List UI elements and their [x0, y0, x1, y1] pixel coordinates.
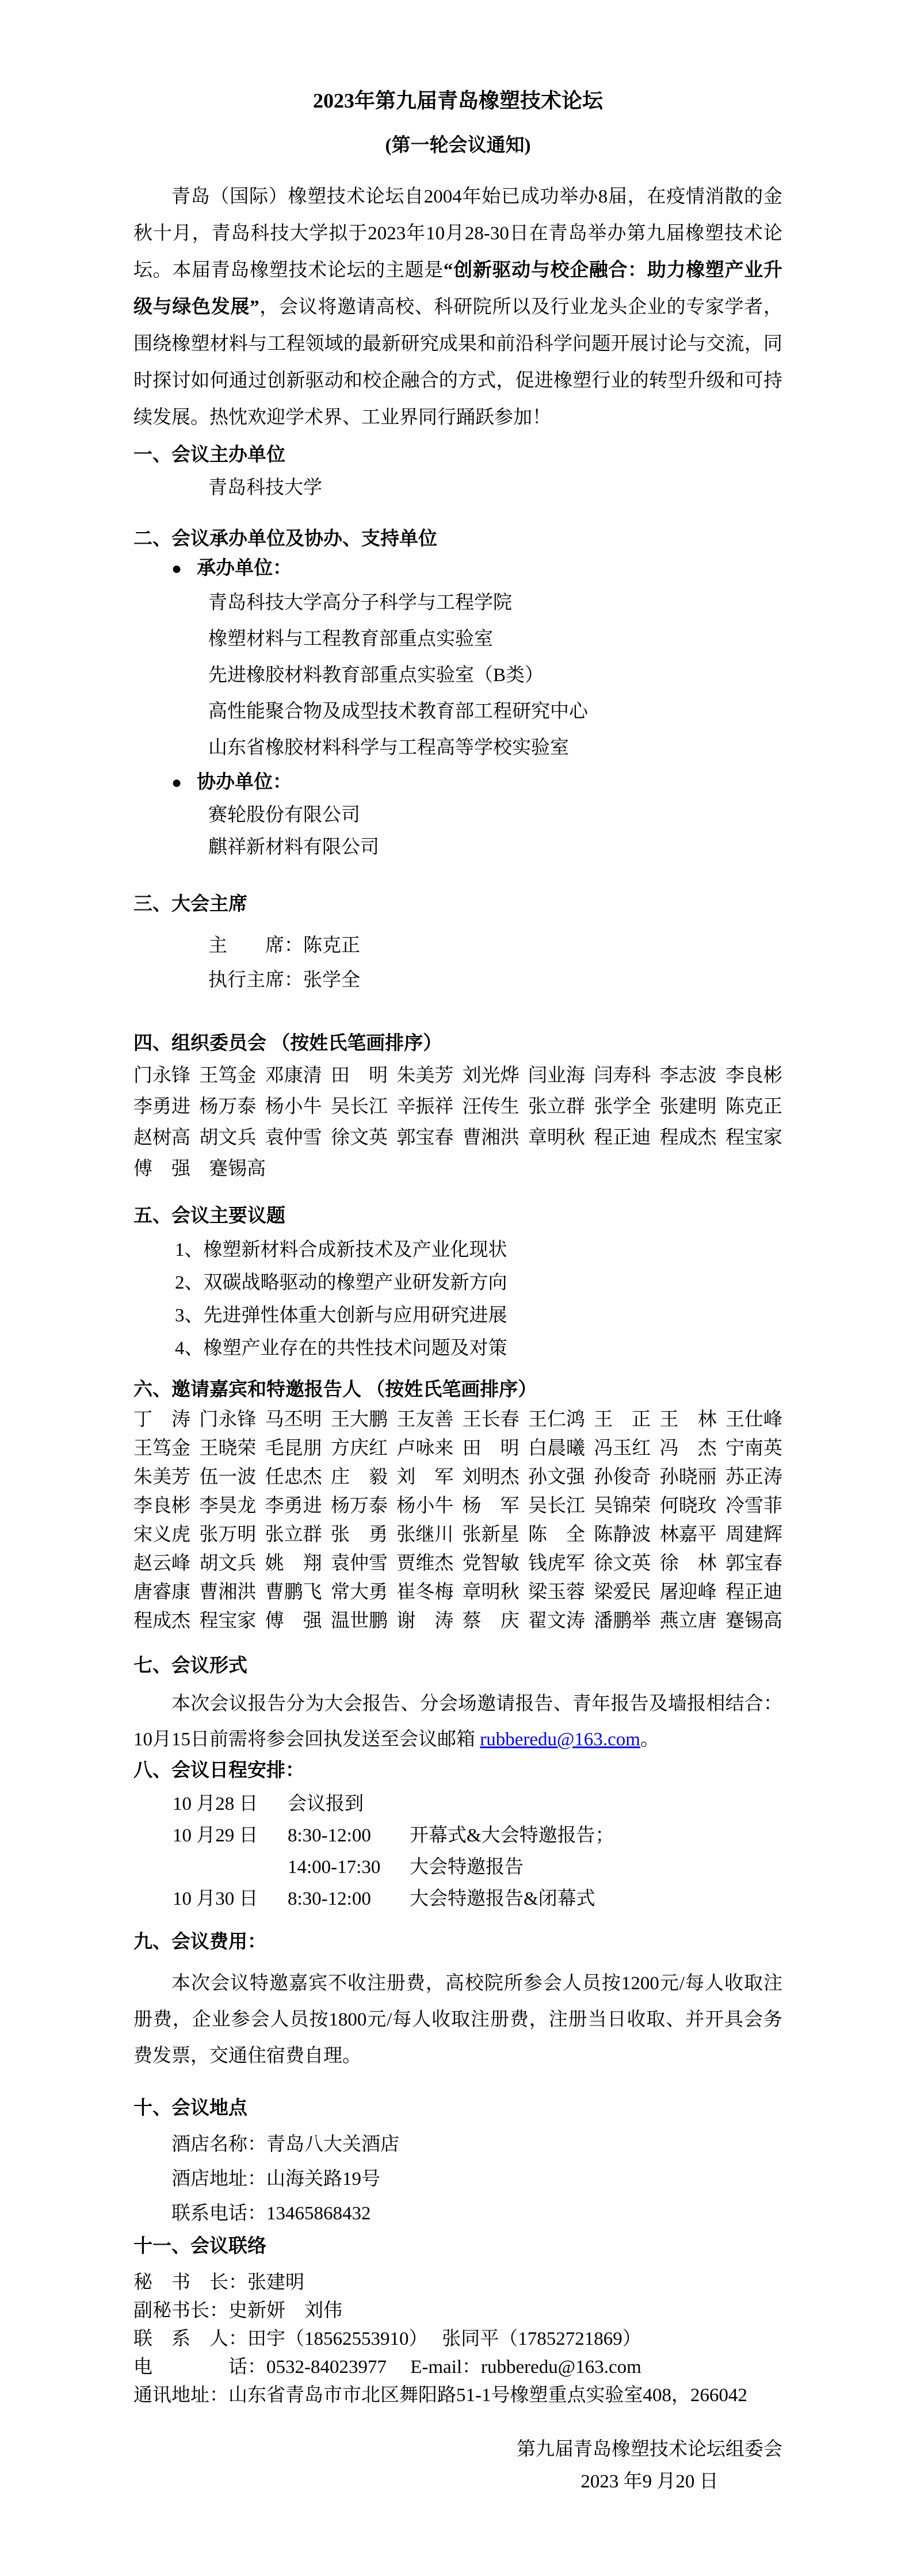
venue-info: 酒店名称：青岛八大关酒店 酒店地址：山海关路19号 联系电话：134658684…	[133, 2127, 782, 2231]
section-10-heading: 十、会议地点	[133, 2095, 782, 2122]
person-name: 燕立唐	[660, 1607, 717, 1635]
section-4-heading: 四、组织委员会 （按姓氏笔画排序）	[133, 1030, 782, 1057]
person-name: 傅 强	[133, 1153, 190, 1184]
schedule-row: 10 月30 日8:30-12:00大会特邀报告&闭幕式	[133, 1883, 782, 1915]
guest-row: 宋义虎张万明张立群张 勇张继川张新星陈 全陈静波林嘉平周建辉	[133, 1520, 782, 1549]
schedule-date: 10 月30 日	[173, 1883, 288, 1915]
person-name: 王长春	[463, 1405, 519, 1434]
person-name: 曹湘洪	[463, 1122, 519, 1153]
schedule-event: 大会特邀报告	[410, 1857, 524, 1878]
person-name: 李志波	[660, 1060, 717, 1091]
person-name: 邓康清	[265, 1060, 322, 1091]
hotel-address-value: 山海关路19号	[266, 2169, 380, 2189]
person-name: 田 明	[331, 1060, 388, 1091]
person-name: 赵树高	[133, 1122, 190, 1153]
person-name: 李良彬	[133, 1492, 190, 1520]
organizer-item: 山东省橡胶材料科学与工程高等学校实验室	[133, 730, 782, 766]
signature-organization: 第九届青岛橡塑技术论坛组委会	[517, 2436, 782, 2463]
topic-item: 2、双碳战略驱动的橡塑产业研发新方向	[133, 1267, 782, 1300]
person-name: 程成杰	[660, 1122, 717, 1153]
person-name: 赵云峰	[133, 1549, 190, 1578]
secretary-line: 秘 书 长：张建明	[133, 2269, 782, 2297]
section-5-heading: 五、会议主要议题	[133, 1203, 782, 1229]
section-9-heading: 九、会议费用：	[133, 1929, 782, 1955]
intro-paragraph: 青岛（国际）橡塑技术论坛自2004年始已成功举办8届，在疫情消散的金秋十月，青岛…	[133, 178, 782, 436]
person-name: 庄 毅	[331, 1463, 388, 1492]
coorganizer-item: 麒祥新材料有限公司	[133, 831, 782, 863]
person-name: 徐文英	[331, 1122, 388, 1153]
person-name: 郭宝春	[396, 1122, 453, 1153]
topic-item: 4、橡塑产业存在的共性技术问题及对策	[133, 1332, 782, 1365]
format-paragraph: 本次会议报告分为大会报告、分会场邀请报告、青年报告及墙报相结合：10月15日前需…	[133, 1686, 782, 1757]
person-name: 吴锦荣	[594, 1492, 651, 1520]
secretary-name: 张建明	[247, 2272, 304, 2293]
coorganizer-item: 赛轮股份有限公司	[133, 799, 782, 831]
person-name: 刘 军	[396, 1463, 453, 1492]
phone-email-value: 0532-84023977 E-mail：rubberedu@163.com	[266, 2357, 641, 2378]
schedule-date: 10 月29 日	[173, 1820, 288, 1852]
person-name: 程宝家	[199, 1607, 256, 1635]
person-name: 孙俊奇	[594, 1463, 651, 1492]
person-name: 唐睿康	[133, 1578, 190, 1607]
person-name: 温世鹏	[331, 1607, 388, 1635]
person-name: 马丕明	[265, 1405, 322, 1434]
section-1-heading: 一、会议主办单位	[133, 442, 782, 468]
phone-label: 电 话：	[133, 2357, 266, 2378]
person-name: 潘鹏举	[594, 1607, 651, 1635]
person-name: 贾维杰	[396, 1549, 453, 1578]
person-name: 杨小牛	[265, 1091, 322, 1122]
person-name: 姚 翔	[265, 1549, 322, 1578]
signature-block: 第九届青岛橡塑技术论坛组委会 2023 年9 月20 日	[517, 2436, 782, 2496]
section-2-heading: 二、会议承办单位及协办、支持单位	[133, 526, 782, 552]
mailing-address-value: 山东省青岛市市北区舞阳路51-1号橡塑重点实验室408，266042	[228, 2385, 747, 2406]
signature-date: 2023 年9 月20 日	[517, 2467, 782, 2496]
committee-row: 门永锋王笃金邓康清田 明朱美芳刘光烨闫业海闫寿科李志波李良彬	[133, 1060, 782, 1091]
schedule-time: 8:30-12:00	[288, 1883, 410, 1915]
person-name: 吴长江	[528, 1492, 585, 1520]
person-name: 王晓荣	[199, 1434, 256, 1463]
person-name: 王大鹏	[331, 1405, 388, 1434]
person-name: 白晨曦	[528, 1434, 585, 1463]
person-name: 冯 杰	[660, 1434, 717, 1463]
guest-row: 唐睿康曹湘洪曹鹏飞常大勇崔冬梅章明秋梁玉蓉梁爱民屠迎峰程正迪	[133, 1578, 782, 1607]
person-name: 王仕峰	[725, 1405, 782, 1434]
person-name: 王 正	[594, 1405, 651, 1434]
schedule-row: 10 月28 日会议报到	[133, 1788, 782, 1820]
person-name: 李勇进	[133, 1091, 190, 1122]
person-name: 冷雪菲	[725, 1492, 782, 1520]
exec-chair-label: 执行主席：	[208, 970, 303, 991]
section-8-heading: 八、会议日程安排：	[133, 1757, 782, 1784]
person-name: 蹇锡高	[725, 1607, 782, 1635]
section-11-heading: 十一、会议联络	[133, 2233, 782, 2260]
contact-person-line: 联 系 人：田宇（18562553910） 张同平（17852721869）	[133, 2325, 782, 2353]
person-name: 袁仲雪	[331, 1549, 388, 1578]
committee-row: 傅 强蹇锡高	[133, 1153, 782, 1184]
hotel-name-value: 青岛八大关酒店	[266, 2134, 399, 2155]
guest-row: 丁 涛门永锋马丕明王大鹏王友善王长春王仁鸿王 正王 林王仕峰	[133, 1405, 782, 1434]
person-name: 梁玉蓉	[528, 1578, 585, 1607]
mailing-address-line: 通讯地址：山东省青岛市市北区舞阳路51-1号橡塑重点实验室408，266042	[133, 2382, 782, 2410]
person-name: 孙晓丽	[660, 1463, 717, 1492]
person-name: 陈克正	[725, 1091, 782, 1122]
organizer-label: 承办单位：	[197, 558, 292, 579]
organizer-bullet-line: ●承办单位：	[133, 555, 782, 583]
person-name: 汪传生	[463, 1091, 519, 1122]
person-name: 杨 军	[463, 1492, 519, 1520]
person-name: 徐 林	[660, 1549, 717, 1578]
person-name: 毛昆朋	[265, 1434, 322, 1463]
person-name: 王笃金	[199, 1060, 256, 1091]
schedule-event: 会议报到	[288, 1794, 364, 1814]
person-name: 门永锋	[199, 1405, 256, 1434]
organizer-item: 先进橡胶材料教育部重点实验室（B类）	[133, 658, 782, 694]
person-name: 冯玉红	[594, 1434, 651, 1463]
hotel-name-line: 酒店名称：青岛八大关酒店	[133, 2127, 782, 2162]
guest-row: 王笃金王晓荣毛昆朋方庆红卢咏来田 明白晨曦冯玉红冯 杰宁南英	[133, 1434, 782, 1463]
person-name: 丁 涛	[133, 1405, 190, 1434]
document-subtitle: (第一轮会议通知)	[133, 132, 782, 159]
coorganizer-bullet-line: ●协办单位：	[133, 769, 782, 797]
schedule-time: 14:00-17:30	[288, 1852, 410, 1883]
person-name: 朱美芳	[396, 1060, 453, 1091]
person-name: 辛振祥	[396, 1091, 453, 1122]
person-name: 闫寿科	[594, 1060, 651, 1091]
person-name: 刘光烨	[463, 1060, 519, 1091]
email-link[interactable]: rubberedu@163.com	[480, 1729, 640, 1750]
schedule-date: 10 月28 日	[173, 1788, 288, 1820]
person-name: 张新星	[463, 1520, 519, 1549]
hotel-phone-value: 13465868432	[266, 2203, 371, 2224]
section-3-heading: 三、大会主席	[133, 891, 782, 918]
schedule-event: 开幕式&大会特邀报告；	[410, 1825, 614, 1846]
schedule-row: 10 月29 日8:30-12:00开幕式&大会特邀报告；	[133, 1820, 782, 1852]
hotel-phone-label: 联系电话：	[171, 2203, 266, 2224]
person-name: 张立群	[265, 1520, 322, 1549]
coorganizer-list: 赛轮股份有限公司 麒祥新材料有限公司	[133, 799, 782, 863]
person-name: 蹇锡高	[209, 1153, 266, 1184]
mailing-address-label: 通讯地址：	[133, 2385, 228, 2406]
person-name: 张立群	[528, 1091, 585, 1122]
person-name: 张建明	[660, 1091, 717, 1122]
format-text: 本次会议报告分为大会报告、分会场邀请报告、青年报告及墙报相结合：10月15日前需…	[133, 1694, 782, 1750]
conference-notice-document: 2023年第九届青岛橡塑技术论坛 (第一轮会议通知) 青岛（国际）橡塑技术论坛自…	[0, 0, 913, 2496]
guest-row: 朱美芳伍一波任忠杰庄 毅刘 军刘明杰孙文强孙俊奇孙晓丽苏正涛	[133, 1463, 782, 1492]
person-name: 卢咏来	[396, 1434, 453, 1463]
person-name: 党智敏	[463, 1549, 519, 1578]
person-name: 屠迎峰	[660, 1578, 717, 1607]
contact-person-label: 联 系 人：	[133, 2329, 247, 2349]
person-name: 王 林	[660, 1405, 717, 1434]
person-name: 王仁鸿	[528, 1405, 585, 1434]
secretary-label: 秘 书 长：	[133, 2272, 247, 2293]
person-name: 任忠杰	[265, 1463, 322, 1492]
person-name: 程正迪	[594, 1122, 651, 1153]
person-name: 钱虎军	[528, 1549, 585, 1578]
hotel-address-label: 酒店地址：	[171, 2169, 266, 2189]
person-name: 王友善	[396, 1405, 453, 1434]
person-name: 胡文兵	[199, 1549, 256, 1578]
chair-line: 主 席：陈克正	[133, 931, 782, 960]
person-name: 闫业海	[528, 1060, 585, 1091]
committee-row: 赵树高胡文兵袁仲雪徐文英郭宝春曹湘洪章明秋程正迪程成杰程宝家	[133, 1122, 782, 1153]
person-name: 胡文兵	[199, 1122, 256, 1153]
person-name: 刘明杰	[463, 1463, 519, 1492]
person-name: 张 勇	[331, 1520, 388, 1549]
person-name: 宁南英	[725, 1434, 782, 1463]
person-name: 章明秋	[528, 1122, 585, 1153]
person-name: 曹鹏飞	[265, 1578, 322, 1607]
organizer-list: 青岛科技大学高分子科学与工程学院 橡塑材料与工程教育部重点实验室 先进橡胶材料教…	[133, 585, 782, 766]
hotel-address-line: 酒店地址：山海关路19号	[133, 2162, 782, 2196]
guest-name-list: 丁 涛门永锋马丕明王大鹏王友善王长春王仁鸿王 正王 林王仕峰 王笃金王晓荣毛昆朋…	[133, 1405, 782, 1635]
section-7-heading: 七、会议形式	[133, 1653, 782, 1679]
schedule-list: 10 月28 日会议报到 10 月29 日8:30-12:00开幕式&大会特邀报…	[133, 1788, 782, 1915]
topic-item: 1、橡塑新材料合成新技术及产业化现状	[133, 1234, 782, 1267]
person-name: 郭宝春	[725, 1549, 782, 1578]
person-name: 杨小牛	[396, 1492, 453, 1520]
person-name: 程正迪	[725, 1578, 782, 1607]
person-name: 曹湘洪	[199, 1578, 256, 1607]
person-name: 苏正涛	[725, 1463, 782, 1492]
person-name: 杨万泰	[199, 1091, 256, 1122]
fee-paragraph: 本次会议特邀嘉宾不收注册费，高校院所参会人员按1200元/每人收取注册费，企业参…	[133, 1966, 782, 2074]
person-name: 张学全	[594, 1091, 651, 1122]
person-name: 杨万泰	[331, 1492, 388, 1520]
committee-row: 李勇进杨万泰杨小牛吴长江辛振祥汪传生张立群张学全张建明陈克正	[133, 1091, 782, 1122]
person-name: 程成杰	[133, 1607, 190, 1635]
exec-chair-line: 执行主席：张学全	[133, 966, 782, 995]
person-name: 方庆红	[331, 1434, 388, 1463]
exec-chair-name: 张学全	[303, 970, 360, 991]
deputy-secretary-line: 副秘书长：史新妍 刘伟	[133, 2297, 782, 2325]
topic-list: 1、橡塑新材料合成新技术及产业化现状 2、双碳战略驱动的橡塑产业研发新方向 3、…	[133, 1234, 782, 1365]
topic-item: 3、先进弹性体重大创新与应用研究进展	[133, 1300, 782, 1332]
hotel-phone-line: 联系电话：13465868432	[133, 2196, 782, 2231]
person-name: 朱美芳	[133, 1463, 190, 1492]
person-name: 李勇进	[265, 1492, 322, 1520]
person-name: 翟文涛	[528, 1607, 585, 1635]
schedule-time: 8:30-12:00	[288, 1820, 410, 1852]
schedule-row: 14:00-17:30大会特邀报告	[133, 1852, 782, 1883]
schedule-event: 大会特邀报告&闭幕式	[410, 1889, 595, 1909]
person-name: 张万明	[199, 1520, 256, 1549]
guest-row: 李良彬李昊龙李勇进杨万泰杨小牛杨 军吴长江吴锦荣何晓玫冷雪菲	[133, 1492, 782, 1520]
organizer-item: 高性能聚合物及成型技术教育部工程研究中心	[133, 694, 782, 730]
committee-name-list: 门永锋王笃金邓康清田 明朱美芳刘光烨闫业海闫寿科李志波李良彬 李勇进杨万泰杨小牛…	[133, 1060, 782, 1184]
person-name: 陈 全	[528, 1520, 585, 1549]
person-name: 孙文强	[528, 1463, 585, 1492]
host-university: 青岛科技大学	[133, 474, 782, 502]
section-6-heading: 六、邀请嘉宾和特邀报告人 （按姓氏笔画排序）	[133, 1377, 782, 1403]
guest-row: 赵云峰胡文兵姚 翔袁仲雪贾维杰党智敏钱虎军徐文英徐 林郭宝春	[133, 1549, 782, 1578]
person-name: 门永锋	[133, 1060, 190, 1091]
coorganizer-label: 协办单位：	[197, 772, 292, 793]
person-name: 徐文英	[594, 1549, 651, 1578]
contact-person-values: 田宇（18562553910） 张同平（17852721869）	[247, 2329, 641, 2349]
chair-name: 陈克正	[303, 935, 360, 956]
person-name: 周建辉	[725, 1520, 782, 1549]
person-name: 章明秋	[463, 1578, 519, 1607]
organizer-item: 青岛科技大学高分子科学与工程学院	[133, 585, 782, 621]
person-name: 伍一波	[199, 1463, 256, 1492]
person-name: 傅 强	[265, 1607, 322, 1635]
person-name: 袁仲雪	[265, 1122, 322, 1153]
person-name: 田 明	[463, 1434, 519, 1463]
person-name: 陈静波	[594, 1520, 651, 1549]
person-name: 常大勇	[331, 1578, 388, 1607]
format-text-end: 。	[640, 1729, 659, 1750]
person-name: 宋义虎	[133, 1520, 190, 1549]
phone-email-line: 电 话：0532-84023977 E-mail：rubberedu@163.c…	[133, 2353, 782, 2382]
deputy-secretary-names: 史新妍 刘伟	[228, 2300, 342, 2321]
chair-label: 主 席：	[208, 935, 303, 956]
person-name: 吴长江	[331, 1091, 388, 1122]
person-name: 程宝家	[725, 1122, 782, 1153]
person-name: 王笃金	[133, 1434, 190, 1463]
person-name: 何晓玫	[660, 1492, 717, 1520]
deputy-secretary-label: 副秘书长：	[133, 2300, 228, 2321]
document-title: 2023年第九届青岛橡塑技术论坛	[133, 86, 782, 115]
hotel-name-label: 酒店名称：	[171, 2134, 266, 2155]
guest-row: 程成杰程宝家傅 强温世鹏谢 涛蔡 庆翟文涛潘鹏举燕立唐蹇锡高	[133, 1607, 782, 1635]
person-name: 李昊龙	[199, 1492, 256, 1520]
bullet-icon: ●	[171, 555, 182, 583]
person-name: 林嘉平	[660, 1520, 717, 1549]
contact-info: 秘 书 长：张建明 副秘书长：史新妍 刘伟 联 系 人：田宇（185625539…	[133, 2269, 782, 2410]
person-name: 崔冬梅	[396, 1578, 453, 1607]
person-name: 谢 涛	[396, 1607, 453, 1635]
bullet-icon: ●	[171, 769, 182, 797]
person-name: 张继川	[396, 1520, 453, 1549]
organizer-item: 橡塑材料与工程教育部重点实验室	[133, 621, 782, 658]
person-name: 梁爱民	[594, 1578, 651, 1607]
person-name: 蔡 庆	[463, 1607, 519, 1635]
person-name: 李良彬	[725, 1060, 782, 1091]
